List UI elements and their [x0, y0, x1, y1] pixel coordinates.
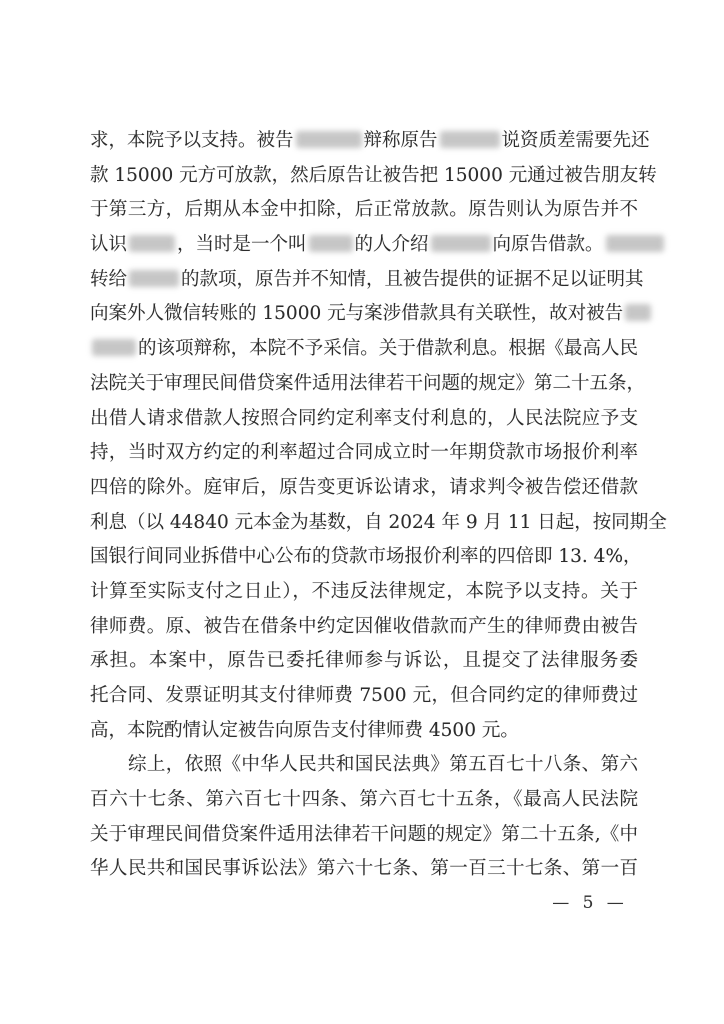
text-segment: 法院关于审理民间借贷案件适用法律若干问题的规定》第二十五条， — [90, 373, 645, 394]
text-line: 求，本院予以支持。被告辩称原告说资质差需要先还 — [90, 124, 638, 159]
text-line: 托合同、发票证明其支付律师费 7500 元，但合同约定的律师费过 — [90, 679, 638, 714]
text-segment: 持，当时双方约定的利率超过合同成立时一年期贷款市场报价利率 — [90, 442, 638, 463]
text-block: 求，本院予以支持。被告辩称原告说资质差需要先还款 15000 元方可放款，然后原… — [90, 124, 638, 887]
text-segment: 出借人请求借款人按照合同约定利率支付利息的，人民法院应予支 — [90, 408, 638, 429]
text-line: 华人民共和国民事诉讼法》第六十七条、第一百三十七条、第一百 — [90, 852, 638, 887]
text-segment: 的人介绍 — [355, 234, 429, 255]
text-line: 认识，当时是一个叫的人介绍向原告借款。 — [90, 228, 638, 263]
text-segment: 律师费。原、被告在借条中约定因催收借款而产生的律师费由被告 — [90, 616, 638, 637]
text-segment: 说资质差需要先还 — [502, 130, 650, 151]
text-line: 承担。本案中，原告已委托律师参与诉讼，且提交了法律服务委 — [90, 644, 638, 679]
text-segment: 求，本院予以支持。被告 — [90, 130, 294, 151]
redaction-blur — [129, 235, 175, 252]
text-segment: 向案外人微信转账的 15000 元与案涉借款具有关联性，故对被告 — [90, 303, 623, 324]
text-segment: 的该项辩称，本院不予采信。关于借款利息。根据《最高人民 — [138, 338, 638, 359]
redaction-blur — [606, 235, 664, 252]
text-line: 法院关于审理民间借贷案件适用法律若干问题的规定》第二十五条， — [90, 367, 638, 402]
text-segment: 向原告借款。 — [493, 234, 604, 255]
text-segment: 综上，依照《中华人民共和国民法典》第五百七十八条、第六 — [128, 754, 638, 775]
redaction-blur — [440, 131, 500, 148]
text-segment: 国银行间同业拆借中心公布的贷款市场报价利率的四倍即 13. 4%， — [90, 546, 642, 567]
text-line: 利息（以 44840 元本金为基数，自 2024 年 9 月 11 日起，按同期… — [90, 506, 638, 541]
text-segment: 四倍的除外。庭审后，原告变更诉讼请求，请求判令被告偿还借款 — [90, 477, 638, 498]
text-line: 出借人请求借款人按照合同约定利率支付利息的，人民法院应予支 — [90, 402, 638, 437]
scanned-judgment-page: 求，本院予以支持。被告辩称原告说资质差需要先还款 15000 元方可放款，然后原… — [0, 0, 724, 1024]
text-line: 的该项辩称，本院不予采信。关于借款利息。根据《最高人民 — [90, 332, 638, 367]
text-segment: 转给 — [90, 269, 127, 290]
text-segment: ，当时是一个叫 — [177, 234, 307, 255]
text-segment: 利息（以 44840 元本金为基数，自 2024 年 9 月 11 日起，按同期… — [90, 512, 667, 533]
redaction-blur — [296, 131, 362, 148]
text-line: 关于审理民间借贷案件适用法律若干问题的规定》第二十五条,《中 — [90, 818, 638, 853]
text-segment: 认识 — [90, 234, 127, 255]
text-segment: 关于审理民间借贷案件适用法律若干问题的规定》第二十五条,《中 — [90, 824, 638, 845]
text-line: 向案外人微信转账的 15000 元与案涉借款具有关联性，故对被告 — [90, 297, 638, 332]
text-segment: 承担。本案中，原告已委托律师参与诉讼，且提交了法律服务委 — [90, 650, 638, 671]
text-line: 转给的款项，原告并不知情，且被告提供的证据不足以证明其 — [90, 263, 638, 298]
text-segment: 辩称原告 — [364, 130, 438, 151]
text-segment: 于第三方，后期从本金中扣除，后正常放款。原告则认为原告并不 — [90, 199, 638, 220]
text-segment: 华人民共和国民事诉讼法》第六十七条、第一百三十七条、第一百 — [90, 858, 638, 879]
redaction-blur — [431, 235, 491, 252]
text-line: 四倍的除外。庭审后，原告变更诉讼请求，请求判令被告偿还借款 — [90, 471, 638, 506]
text-line: 律师费。原、被告在借条中约定因催收借款而产生的律师费由被告 — [90, 610, 638, 645]
redaction-blur — [92, 339, 136, 356]
text-line: 高，本院酌情认定被告向原告支付律师费 4500 元。 — [90, 714, 638, 749]
text-segment: 款 15000 元方可放款，然后原告让被告把 15000 元通过被告朋友转 — [90, 165, 657, 186]
text-line: 款 15000 元方可放款，然后原告让被告把 15000 元通过被告朋友转 — [90, 159, 638, 194]
text-segment: 的款项，原告并不知情，且被告提供的证据不足以证明其 — [181, 269, 644, 290]
redaction-blur — [309, 235, 353, 252]
text-line: 持，当时双方约定的利率超过合同成立时一年期贷款市场报价利率 — [90, 436, 638, 471]
text-line: 计算至实际支付之日止），不违反法律规定，本院予以支持。关于 — [90, 575, 638, 610]
redaction-blur — [129, 270, 179, 287]
redaction-blur — [625, 304, 651, 321]
text-segment: 百六十七条、第六百七十四条、第六百七十五条，《最高人民法院 — [90, 789, 638, 810]
text-line: 于第三方，后期从本金中扣除，后正常放款。原告则认为原告并不 — [90, 193, 638, 228]
text-segment: 计算至实际支付之日止），不违反法律规定，本院予以支持。关于 — [90, 581, 638, 602]
text-segment: 托合同、发票证明其支付律师费 7500 元，但合同约定的律师费过 — [90, 685, 638, 706]
text-line: 综上，依照《中华人民共和国民法典》第五百七十八条、第六 — [90, 748, 638, 783]
text-segment: 高，本院酌情认定被告向原告支付律师费 4500 元。 — [90, 720, 519, 741]
text-line: 国银行间同业拆借中心公布的贷款市场报价利率的四倍即 13. 4%， — [90, 540, 638, 575]
page-number: — 5 — — [545, 893, 635, 913]
text-line: 百六十七条、第六百七十四条、第六百七十五条，《最高人民法院 — [90, 783, 638, 818]
